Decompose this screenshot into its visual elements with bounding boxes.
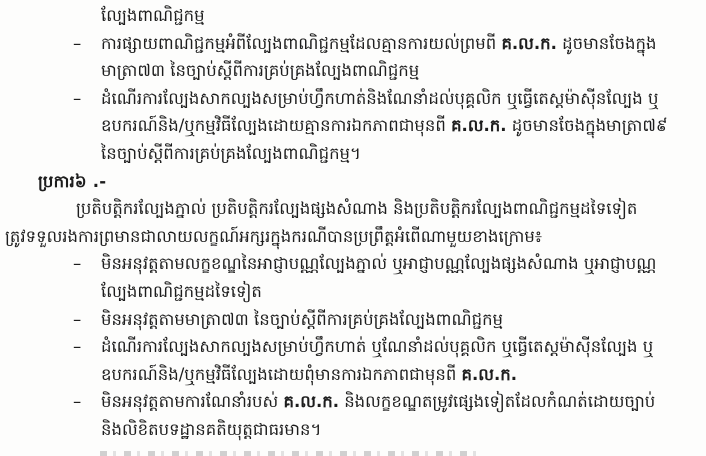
article-heading: ប្រការ៦ .- — [0, 168, 706, 196]
text-line: ត្រូវទទួលរងការព្រមានជាលាយលក្ខណ៍អក្សរក្នុ… — [0, 223, 706, 251]
line-text: មិនអនុវត្តតាមការណែនាំរបស់ — [101, 392, 284, 411]
line-text: នៃច្បាប់ស្តីពីការគ្រប់គ្រងល្បែងពាណិជ្ជកម… — [101, 144, 361, 163]
bullet-line: –ដំណើរការល្បែងសាកល្បងសម្រាប់ហ្វឹកហាត់ ឬណ… — [0, 333, 706, 361]
agency-abbreviation: គ.ល.ក. — [501, 34, 556, 53]
article-heading-text: ប្រការ៦ .- — [38, 172, 106, 191]
agency-abbreviation: គ.ល.ក. — [462, 365, 517, 384]
line-text: ការផ្សាយពាណិជ្ជកម្មអំពីល្បែងពាណិជ្ជកម្មដ… — [101, 34, 501, 53]
text-line: ឧបករណ៍និង/ឬកម្មវិធីល្បែងដោយពុំមានការឯកភា… — [0, 361, 706, 389]
line-text: ដូចមានចែងក្នុងមាត្រា៧៩ — [507, 116, 668, 135]
line-text: ត្រូវទទួលរងការព្រមានជាលាយលក្ខណ៍អក្សរក្នុ… — [5, 227, 542, 246]
bullet-line: –ដំណើរការល្បែងសាកល្បងសម្រាប់ហ្វឹកហាត់និង… — [0, 85, 706, 113]
text-line: និងលិខិតបទដ្ឋានគតិយុត្តជាធរមាន។ — [0, 416, 706, 444]
text-line: ល្បែងពាណិជ្ជកម្មដទៃទៀត — [0, 278, 706, 306]
agency-abbreviation: គ.ល.ក. — [284, 392, 339, 411]
bullet-dash: – — [73, 30, 101, 58]
bullet-line: –មិនអនុវត្តតាមមាត្រា៧៣ នៃច្បាប់ស្តីពីការ… — [0, 306, 706, 334]
text-line: ល្បែងពាណិជ្ជកម្ម — [0, 2, 706, 30]
bullet-dash: – — [73, 333, 101, 361]
line-text: ល្បែងពាណិជ្ជកម្មដទៃទៀត — [101, 282, 262, 301]
text-line: មាត្រា៧៣ នៃច្បាប់ស្តីពីការគ្រប់គ្រងល្បែង… — [0, 57, 706, 85]
line-text: ល្បែងពាណិជ្ជកម្ម — [101, 6, 205, 25]
bullet-line: –មិនអនុវត្តតាមការណែនាំរបស់ គ.ល.ក. និងលក្… — [0, 388, 706, 416]
line-text: និងលិខិតបទដ្ឋានគតិយុត្តជាធរមាន។ — [101, 420, 321, 439]
line-text: ប្រតិបត្តិករល្បែងភ្នាល់ ប្រតិបត្តិករល្បែ… — [76, 199, 637, 218]
paragraph-first-line: ប្រតិបត្តិករល្បែងភ្នាល់ ប្រតិបត្តិករល្បែ… — [0, 195, 706, 223]
bullet-dash: – — [73, 250, 101, 278]
bullet-line: –មិនអនុវត្តតាមលក្ខខណ្ឌនៃអាជ្ញាបណ្ណល្បែងភ… — [0, 250, 706, 278]
line-text: មាត្រា៧៣ នៃច្បាប់ស្តីពីការគ្រប់គ្រងល្បែង… — [101, 61, 419, 80]
text-line: នៃច្បាប់ស្តីពីការគ្រប់គ្រងល្បែងពាណិជ្ជកម… — [0, 140, 706, 168]
line-text: មិនអនុវត្តតាមមាត្រា៧៣ នៃច្បាប់ស្តីពីការគ… — [101, 310, 503, 329]
line-text: ឧបករណ៍និង/ឬកម្មវិធីល្បែងដោយគ្មានការឯកភាព… — [101, 116, 451, 135]
bullet-dash: – — [73, 388, 101, 416]
line-text: ឧបករណ៍និង/ឬកម្មវិធីល្បែងដោយពុំមានការឯកភា… — [101, 365, 462, 384]
line-text: ដូចមានចែងក្នុង — [557, 34, 657, 53]
bullet-dash: – — [73, 85, 101, 113]
text-line: ឧបករណ៍និង/ឬកម្មវិធីល្បែងដោយគ្មានការឯកភាព… — [0, 112, 706, 140]
line-text: មិនអនុវត្តតាមលក្ខខណ្ឌនៃអាជ្ញាបណ្ណល្បែងភ្… — [101, 254, 656, 273]
line-text: ដំណើរការល្បែងសាកល្បងសម្រាប់ហ្វឹកហាត់ ឬណែ… — [101, 337, 653, 356]
bullet-dash: – — [73, 306, 101, 334]
agency-abbreviation: គ.ល.ក. — [451, 116, 506, 135]
line-text: ដំណើរការល្បែងសាកល្បងសម្រាប់ហ្វឹកហាត់និងណ… — [101, 89, 658, 108]
line-text: និងលក្ខខណ្ឌតម្រូវផ្សេងទៀតដែលកំណត់ដោយច្បា… — [339, 392, 655, 411]
document-page: ល្បែងពាណិជ្ជកម្ម –ការផ្សាយពាណិជ្ជកម្មអំព… — [0, 0, 706, 444]
bullet-line: –ការផ្សាយពាណិជ្ជកម្មអំពីល្បែងពាណិជ្ជកម្ម… — [0, 30, 706, 58]
cutoff-next-line-fragment — [100, 451, 480, 456]
